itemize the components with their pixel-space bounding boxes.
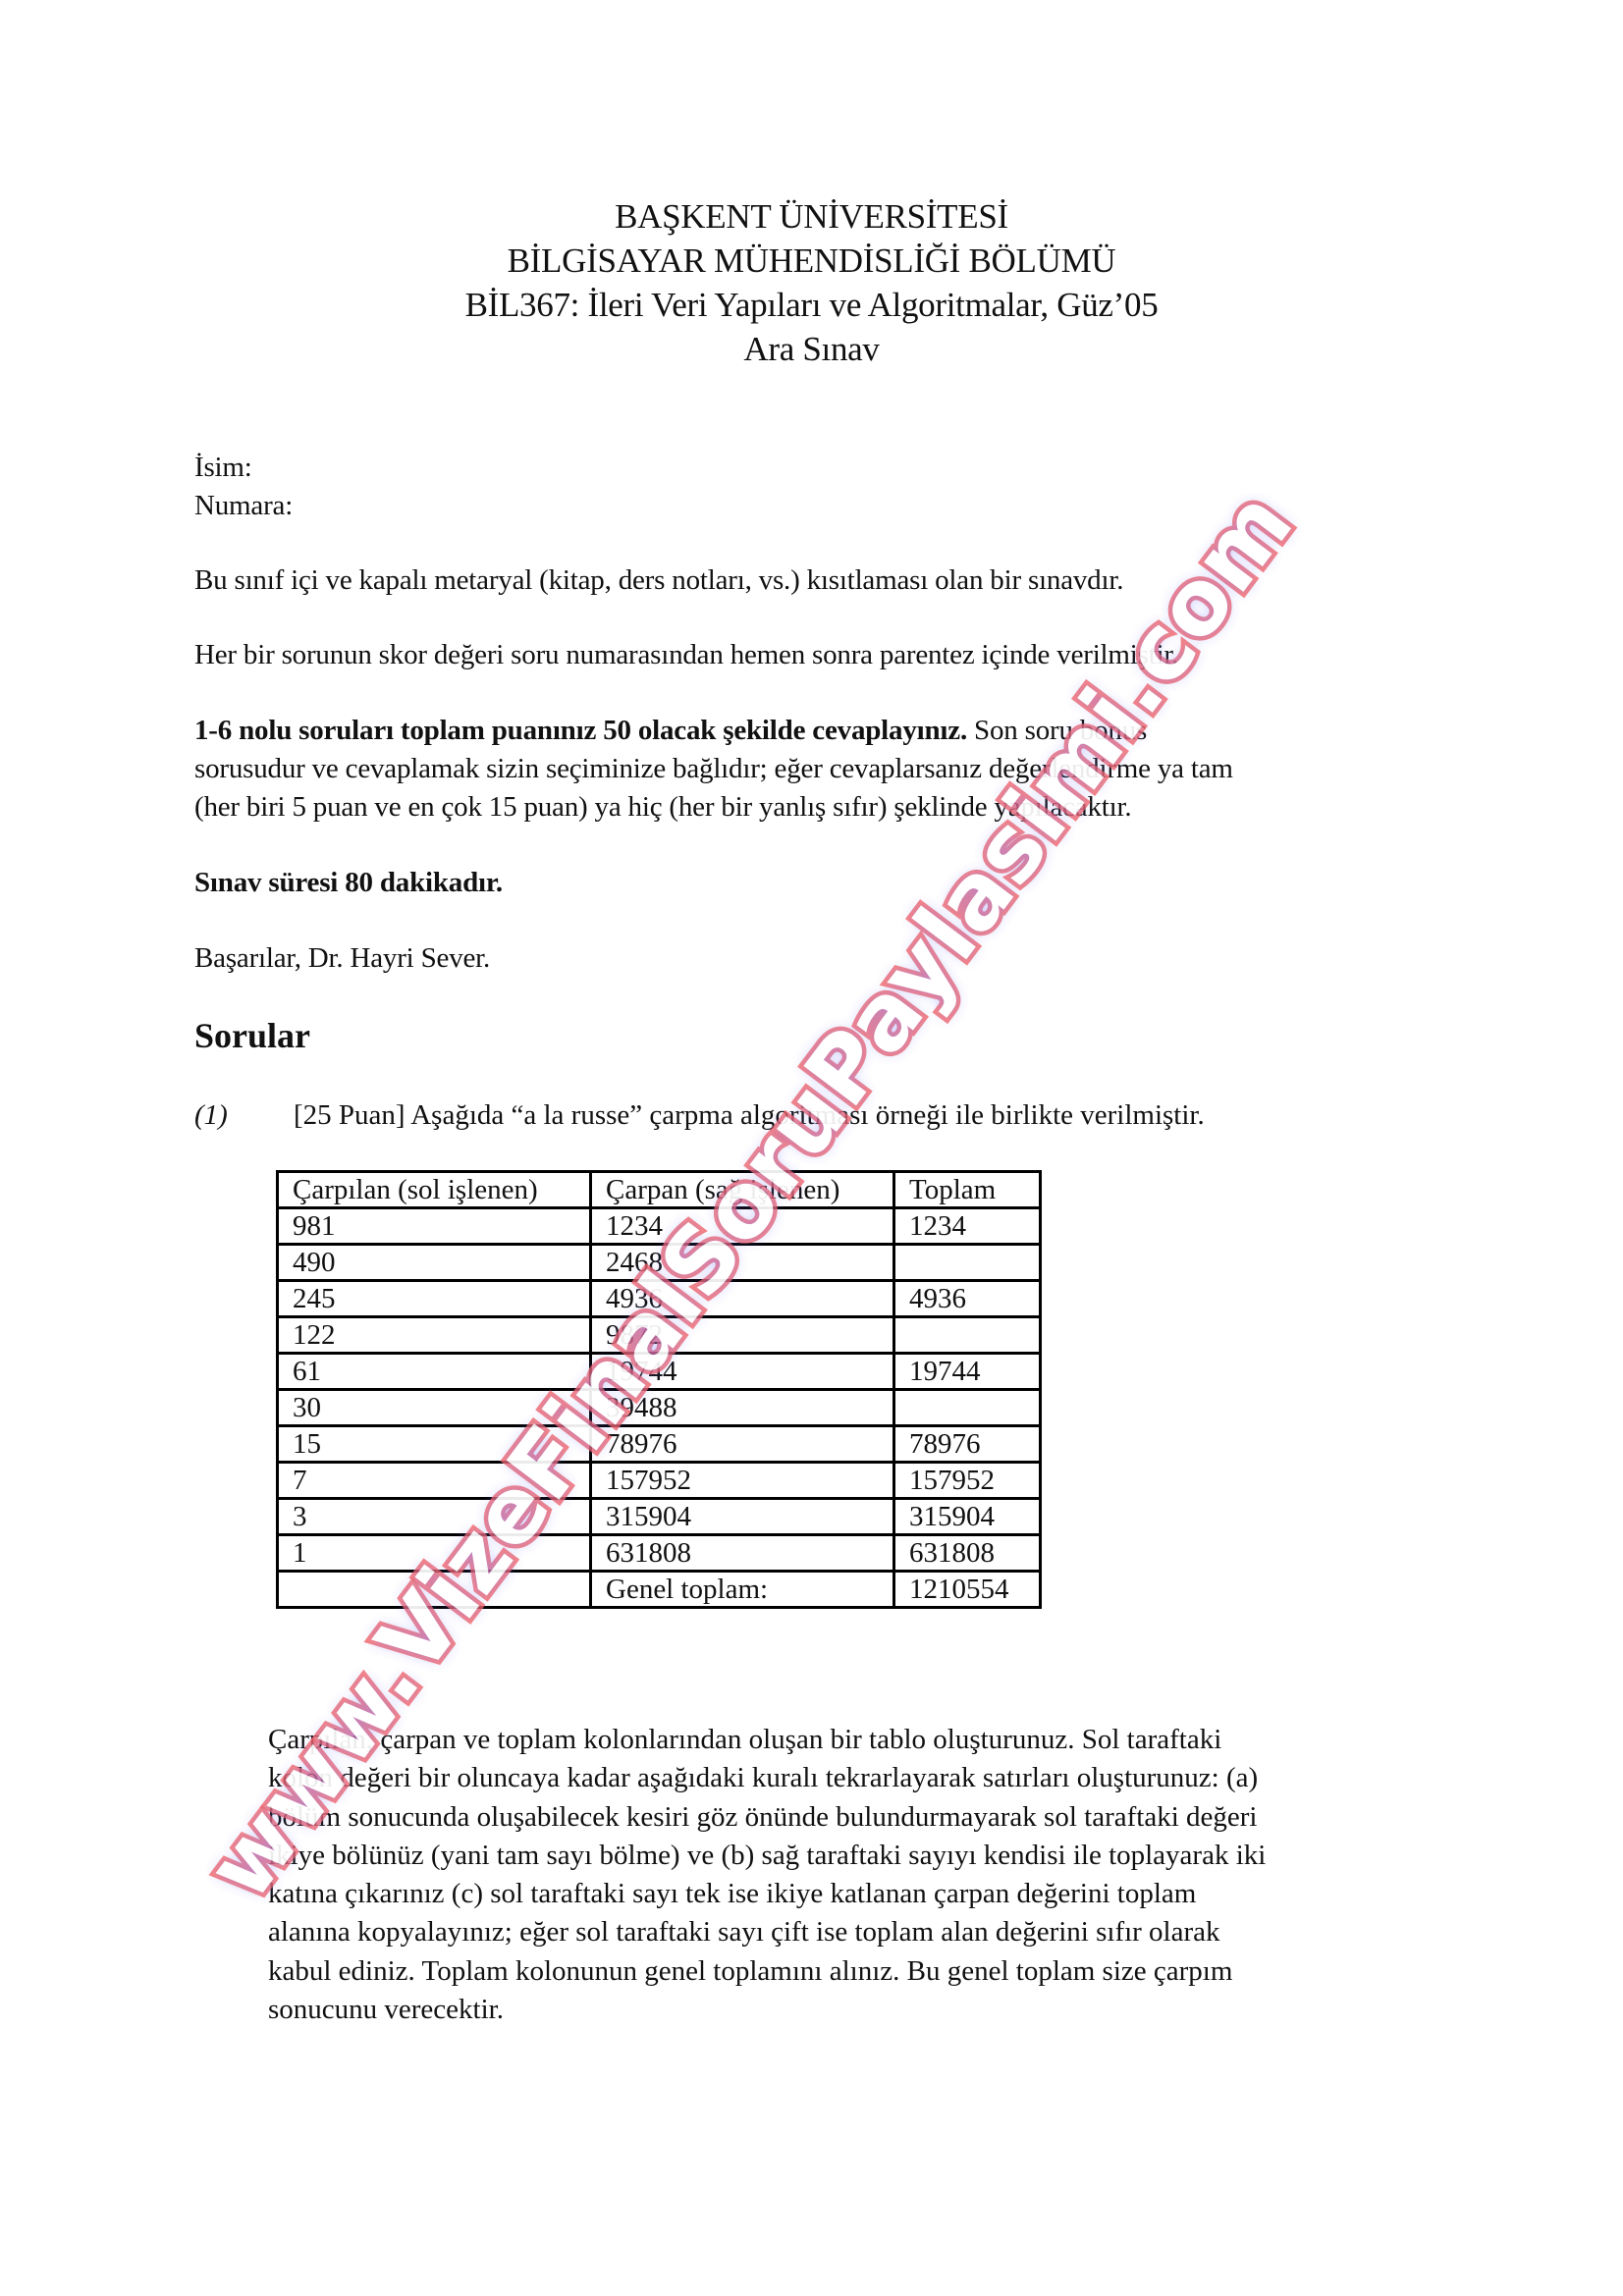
multiplier-cell: 19744 xyxy=(591,1354,894,1390)
instruction-line: katına çıkarınız (c) sol taraftaki sayı … xyxy=(268,1875,1466,1913)
bold-instruction: 1-6 nolu soruları toplam puanınız 50 ola… xyxy=(194,715,967,746)
total-cell: 19744 xyxy=(894,1354,1041,1390)
total-cell xyxy=(894,1390,1041,1426)
multiplicand-cell: 3 xyxy=(278,1499,591,1535)
name-label: İsim: xyxy=(194,449,252,487)
multiplier-cell: 39488 xyxy=(591,1390,894,1426)
bonus-note: Son soru bonus xyxy=(967,715,1147,746)
signature: Başarılar, Dr. Hayri Sever. xyxy=(194,939,490,978)
multiplier-cell: 78976 xyxy=(591,1426,894,1463)
multiplicand-cell: 490 xyxy=(278,1245,591,1281)
table-row: 7157952157952 xyxy=(278,1463,1041,1499)
multiplier-cell: 2468 xyxy=(591,1245,894,1281)
table-row: 98112341234 xyxy=(278,1208,1041,1245)
total-cell: 315904 xyxy=(894,1499,1041,1535)
table-row: 1229872 xyxy=(278,1317,1041,1354)
grand-total-label: Genel toplam: xyxy=(591,1572,894,1608)
intro-paragraph-1: Bu sınıf içi ve kapalı metaryal (kitap, … xyxy=(194,561,1123,600)
a-la-russe-table: Çarpılan (sol işlenen) Çarpan (sağ işlen… xyxy=(276,1170,1042,1609)
intro-paragraph-3-line-1: 1-6 nolu soruları toplam puanınız 50 ola… xyxy=(194,712,1147,750)
instruction-line: kabul ediniz. Toplam kolonunun genel top… xyxy=(268,1952,1466,1991)
table-footer-row: Genel toplam: 1210554 xyxy=(278,1572,1041,1608)
exam-page: BAŞKENT ÜNİVERSİTESİ BİLGİSAYAR MÜHENDİS… xyxy=(0,0,1623,2296)
table-row: 1631808631808 xyxy=(278,1535,1041,1572)
total-cell: 4936 xyxy=(894,1281,1041,1317)
multiplier-cell: 1234 xyxy=(591,1208,894,1245)
multiplier-cell: 157952 xyxy=(591,1463,894,1499)
table-row: 611974419744 xyxy=(278,1354,1041,1390)
table-header-row: Çarpılan (sol işlenen) Çarpan (sağ işlen… xyxy=(278,1172,1041,1208)
footer-empty xyxy=(278,1572,591,1608)
intro-paragraph-3-line-2: sorusudur ve cevaplamak sizin seçiminize… xyxy=(194,750,1233,788)
header-total: Toplam xyxy=(894,1172,1041,1208)
multiplier-cell: 631808 xyxy=(591,1535,894,1572)
multiplier-cell: 9872 xyxy=(591,1317,894,1354)
multiplicand-cell: 245 xyxy=(278,1281,591,1317)
multiplicand-cell: 7 xyxy=(278,1463,591,1499)
instruction-line: alanına kopyalayınız; eğer sol taraftaki… xyxy=(268,1913,1466,1951)
table-row: 4902468 xyxy=(278,1245,1041,1281)
header-multiplicand: Çarpılan (sol işlenen) xyxy=(278,1172,591,1208)
table-row: 3315904315904 xyxy=(278,1499,1041,1535)
course-title: BİL367: İleri Veri Yapıları ve Algoritma… xyxy=(0,283,1623,327)
header-multiplier: Çarpan (sağ işlenen) xyxy=(591,1172,894,1208)
instruction-line: ikiye bölünüz (yani tam sayı bölme) ve (… xyxy=(268,1837,1466,1875)
section-title: Sorular xyxy=(194,1015,310,1056)
intro-paragraph-3-line-3: (her biri 5 puan ve en çok 15 puan) ya h… xyxy=(194,788,1131,827)
total-cell xyxy=(894,1245,1041,1281)
total-cell: 78976 xyxy=(894,1426,1041,1463)
instruction-line: Çarpılan, çarpan ve toplam kolonlarından… xyxy=(268,1721,1466,1759)
total-cell: 157952 xyxy=(894,1463,1041,1499)
exam-duration: Sınav süresi 80 dakikadır. xyxy=(194,864,503,902)
instruction-line: sonucunu verecektir. xyxy=(268,1991,1466,2029)
department-name: BİLGİSAYAR MÜHENDİSLİĞİ BÖLÜMÜ xyxy=(0,239,1623,283)
question-1-prompt: (1)[25 Puan] Aşağıda “a la russe” çarpma… xyxy=(194,1096,1205,1135)
document-header: BAŞKENT ÜNİVERSİTESİ BİLGİSAYAR MÜHENDİS… xyxy=(0,194,1623,371)
multiplicand-cell: 981 xyxy=(278,1208,591,1245)
instruction-line: kolon değeri bir oluncaya kadar aşağıdak… xyxy=(268,1759,1466,1797)
number-label: Numara: xyxy=(194,487,293,525)
grand-total-value: 1210554 xyxy=(894,1572,1041,1608)
question-1-instructions: Çarpılan, çarpan ve toplam kolonlarından… xyxy=(268,1721,1466,2029)
question-number: (1) xyxy=(194,1096,294,1135)
university-name: BAŞKENT ÜNİVERSİTESİ xyxy=(0,194,1623,239)
multiplicand-cell: 122 xyxy=(278,1317,591,1354)
table-row: 157897678976 xyxy=(278,1426,1041,1463)
total-cell: 631808 xyxy=(894,1535,1041,1572)
question-text: [25 Puan] Aşağıda “a la russe” çarpma al… xyxy=(294,1099,1205,1131)
intro-paragraph-2: Her bir sorunun skor değeri soru numaras… xyxy=(194,636,1178,674)
total-cell xyxy=(894,1317,1041,1354)
multiplicand-cell: 61 xyxy=(278,1354,591,1390)
instruction-line: bölüm sonucunda oluşabilecek kesiri göz … xyxy=(268,1798,1466,1837)
total-cell: 1234 xyxy=(894,1208,1041,1245)
table-row: 24549364936 xyxy=(278,1281,1041,1317)
exam-type: Ara Sınav xyxy=(0,327,1623,371)
multiplier-cell: 315904 xyxy=(591,1499,894,1535)
table-row: 3039488 xyxy=(278,1390,1041,1426)
multiplier-cell: 4936 xyxy=(591,1281,894,1317)
multiplicand-cell: 30 xyxy=(278,1390,591,1426)
multiplicand-cell: 15 xyxy=(278,1426,591,1463)
multiplicand-cell: 1 xyxy=(278,1535,591,1572)
